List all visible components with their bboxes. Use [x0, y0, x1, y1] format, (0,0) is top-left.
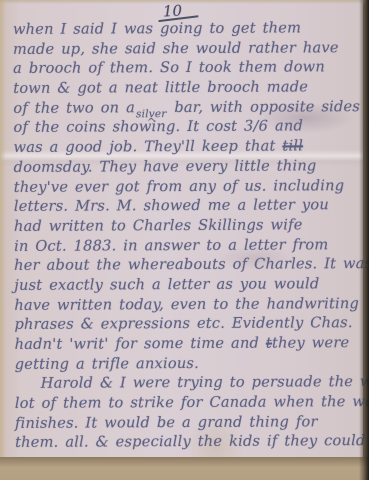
letter-body: when I said I was going to get themmade … [13, 18, 356, 453]
letter-paper: 10 when I said I was going to get themma… [0, 0, 363, 457]
letter-line: town & got a neat little brooch made [13, 77, 354, 98]
letter-line: in Oct. 1883. in answer to a letter from [14, 235, 355, 256]
letter-line: when I said I was going to get them [13, 18, 354, 39]
letter-line: her about the whereabouts of Charles. It… [14, 254, 355, 275]
letter-line: getting a trifle anxious. [15, 353, 356, 374]
letter-line: they've ever got from any of us. includi… [14, 176, 355, 197]
letter-line: of the two on asilver^ bar, with opposit… [13, 97, 354, 118]
scan-edge-bottom [0, 457, 369, 480]
letter-line: letters. Mrs. M. showed me a letter you [14, 195, 355, 216]
letter-line: phrases & expressions etc. Evidently Cha… [14, 313, 355, 334]
letter-line: a brooch of them. So I took them down [13, 57, 354, 78]
letter-line: lot of them to strike for Canada when th… [15, 392, 356, 413]
letter-line: hadn't 'writ' for some time and tthey we… [15, 333, 356, 354]
letter-line: had written to Charles Skillings wife [14, 215, 355, 236]
letter-line: made up, she said she would rather have [13, 38, 354, 59]
letter-line: Harold & I were trying to persuade the w… [15, 372, 356, 393]
letter-line: have written today, even to the handwrit… [14, 294, 355, 315]
letter-line: doomsday. They have every little thing [14, 156, 355, 177]
letter-line: was a good job. They'll keep that till [13, 136, 354, 157]
scanned-letter-page: 10 when I said I was going to get themma… [0, 0, 369, 480]
letter-line: finishes. It would be a grand thing for [15, 412, 356, 433]
letter-line: them. all. & especially the kids if they… [15, 432, 356, 453]
page-number: 10 [163, 2, 183, 21]
letter-line: just exactly such a letter as you would [14, 274, 355, 295]
letter-line: of the coins showing. It cost 3/6 and [13, 117, 354, 138]
